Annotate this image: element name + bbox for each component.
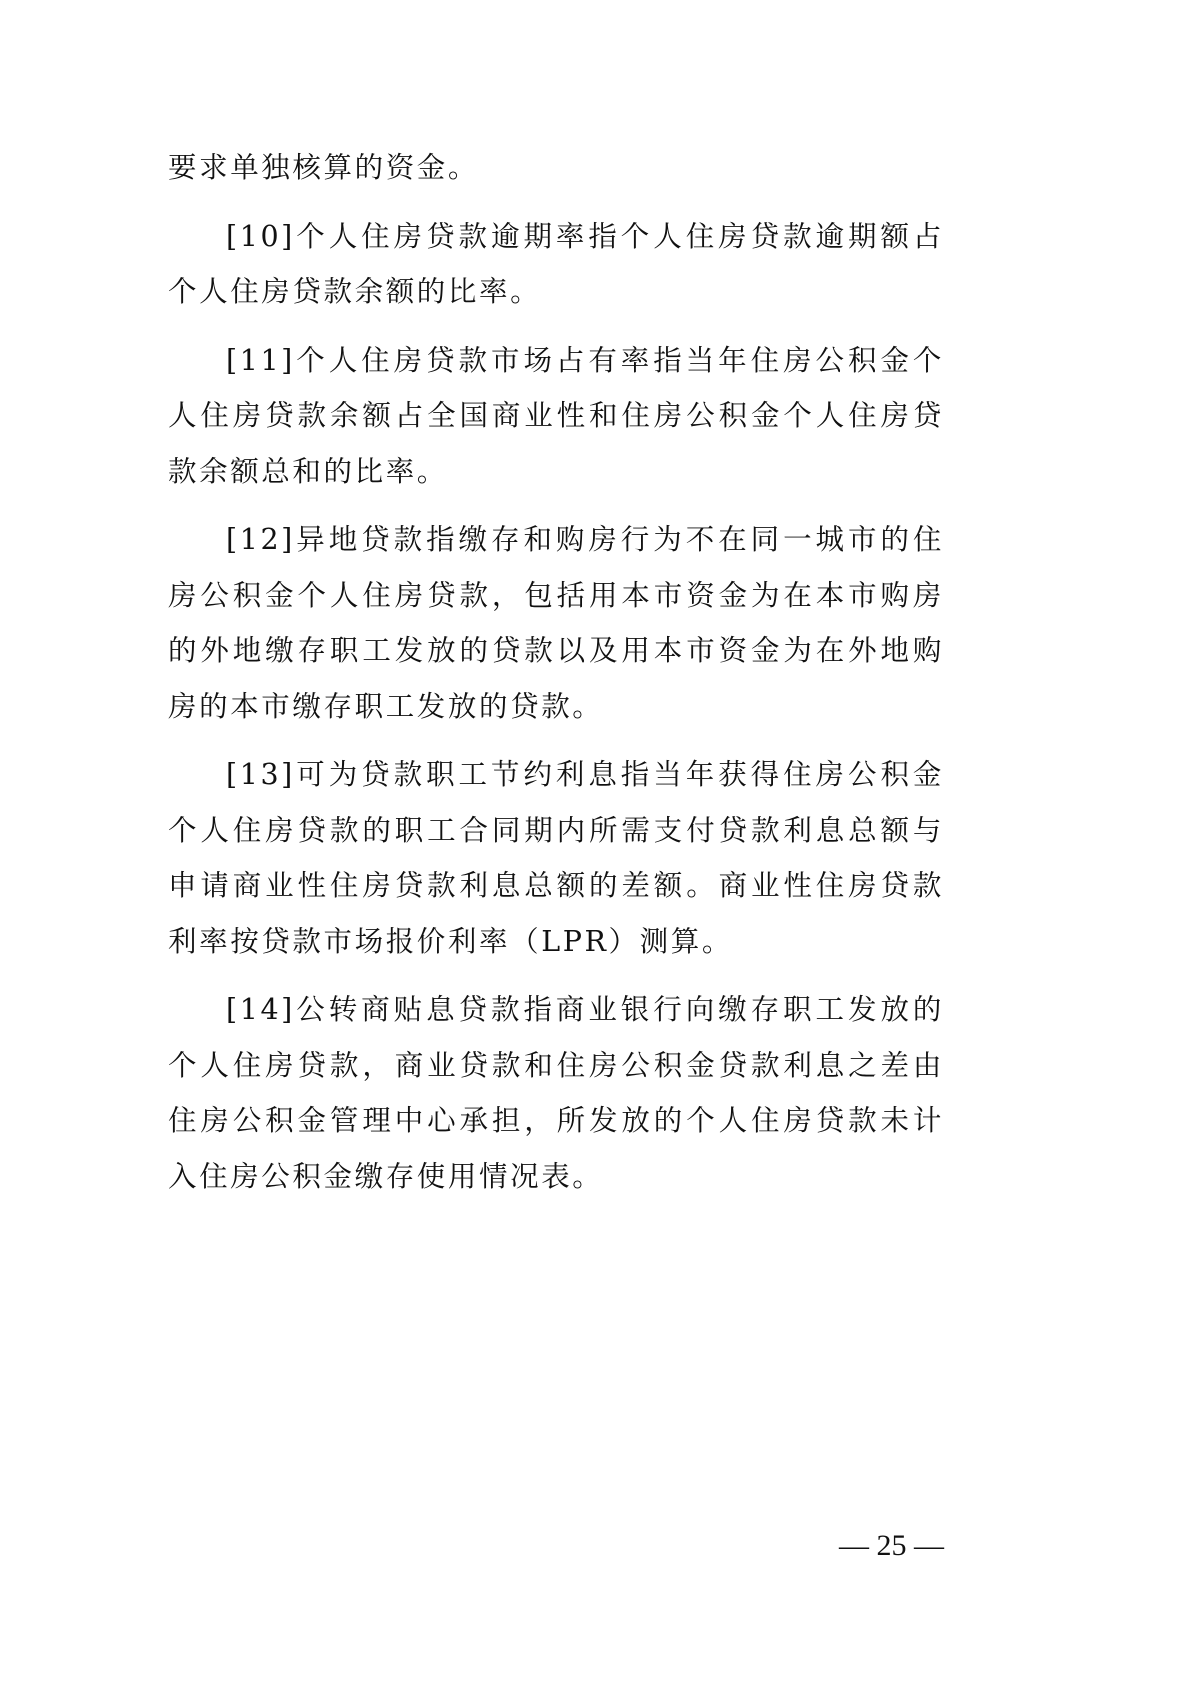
- paragraph-continuation: 要求单独核算的资金。: [168, 140, 944, 196]
- document-body: 要求单独核算的资金。 [10]个人住房贷款逾期率指个人住房贷款逾期额占个人住房贷…: [168, 140, 944, 1204]
- footnote-12: [12]异地贷款指缴存和购房行为不在同一城市的住房公积金个人住房贷款，包括用本市…: [168, 512, 944, 734]
- footnote-10: [10]个人住房贷款逾期率指个人住房贷款逾期额占个人住房贷款余额的比率。: [168, 209, 944, 320]
- footnote-11: [11]个人住房贷款市场占有率指当年住房公积金个人住房贷款余额占全国商业性和住房…: [168, 333, 944, 500]
- page-number: — 25 —: [0, 1526, 944, 1566]
- footnote-14: [14]公转商贴息贷款指商业银行向缴存职工发放的个人住房贷款，商业贷款和住房公积…: [168, 982, 944, 1204]
- footnote-13: [13]可为贷款职工节约利息指当年获得住房公积金个人住房贷款的职工合同期内所需支…: [168, 747, 944, 969]
